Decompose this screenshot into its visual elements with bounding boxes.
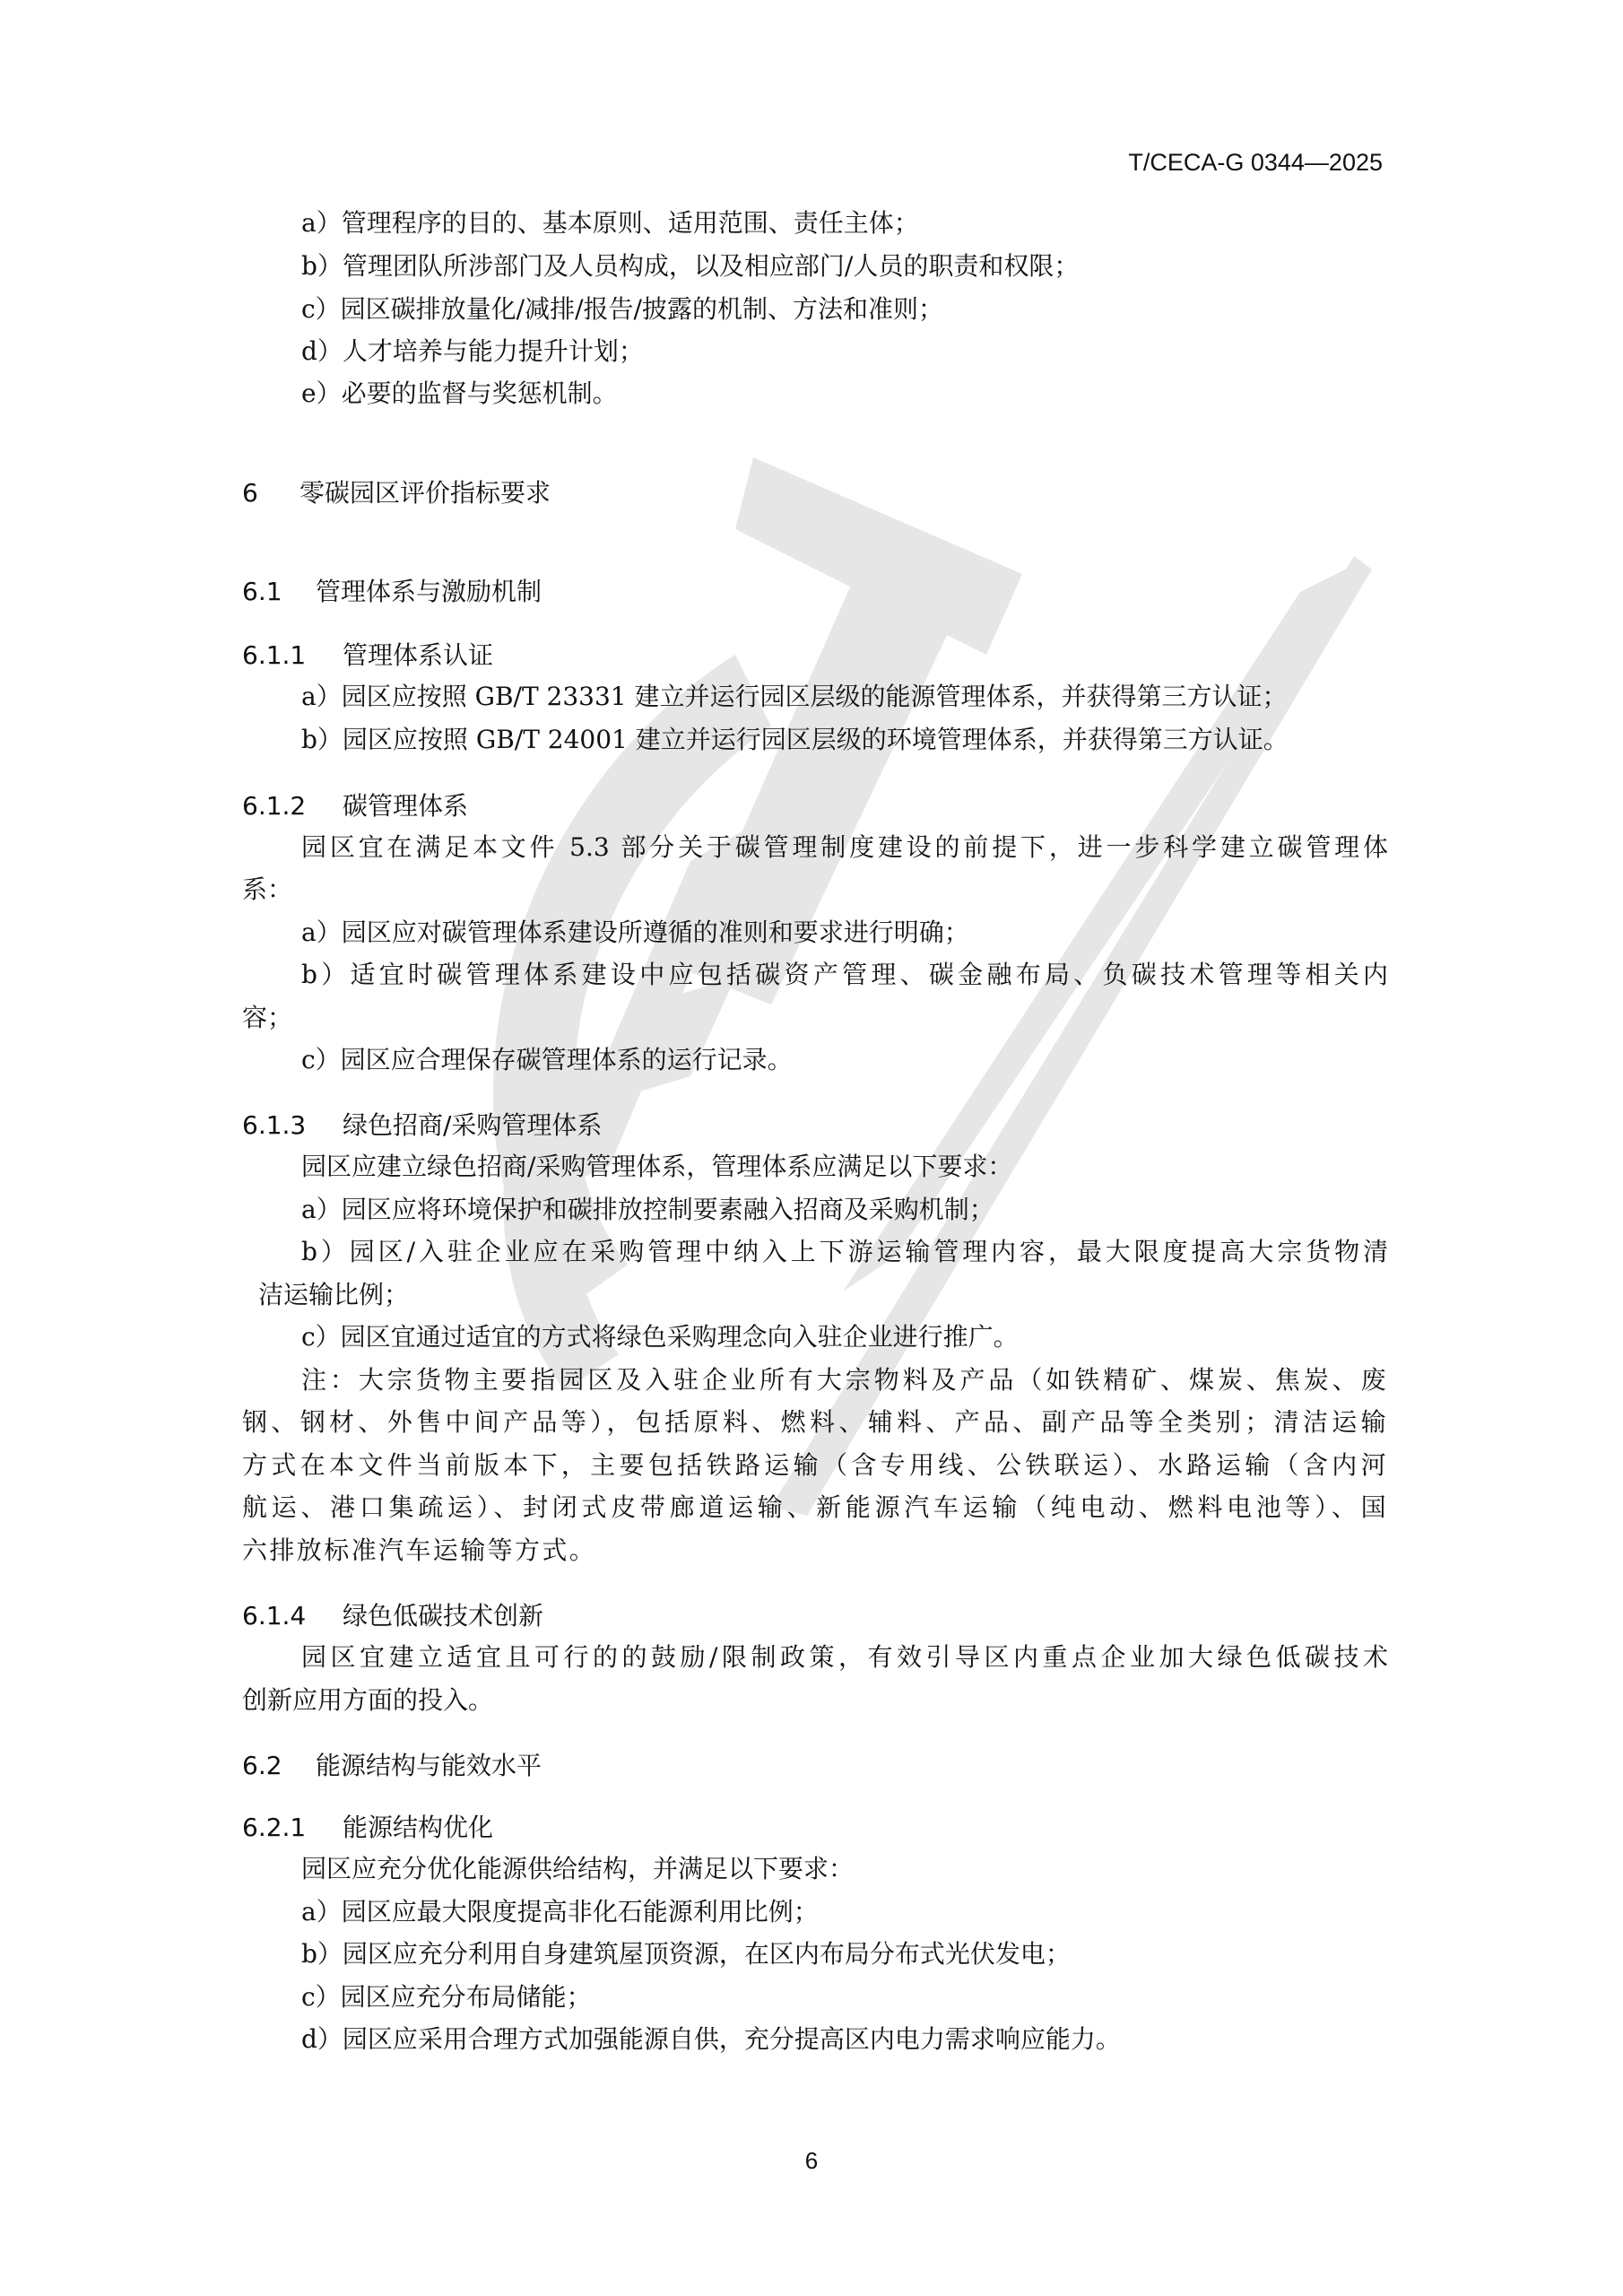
section-heading-6-1-1: 6.1.1管理体系认证 — [242, 640, 493, 671]
section-number: 6.1.3 — [242, 1110, 343, 1141]
section-title: 绿色招商/采购管理体系 — [343, 1110, 602, 1140]
list-item: c）园区宜通过适宜的方式将绿色采购理念向入驻企业进行推广。 — [301, 1322, 1019, 1352]
section-title: 碳管理体系 — [343, 791, 468, 821]
list-item: d）人才培养与能力提升计划； — [301, 336, 644, 367]
paragraph-continuation: 系： — [242, 874, 292, 905]
list-item: b）园区/入驻企业应在采购管理中纳入上下游运输管理内容，最大限度提高大宗货物清 — [301, 1237, 1388, 1267]
section-title: 绿色低碳技术创新 — [343, 1601, 543, 1631]
document-page: T/CECA-G 0344—2025 a）管理程序的目的、基本原则、适用范围、责… — [0, 0, 1623, 2296]
section-heading-6-2-1: 6.2.1能源结构优化 — [242, 1813, 493, 1843]
section-heading-6-1-2: 6.1.2碳管理体系 — [242, 791, 468, 822]
paragraph: 园区宜在满足本文件 5.3 部分关于碳管理制度建设的前提下，进一步科学建立碳管理… — [301, 832, 1388, 863]
section-title: 零碳园区评价指标要求 — [299, 478, 551, 508]
section-heading-6: 6零碳园区评价指标要求 — [242, 478, 551, 509]
list-item: a）园区应将环境保护和碳排放控制要素融入招商及采购机制； — [301, 1195, 994, 1225]
document-code-header: T/CECA-G 0344—2025 — [1128, 149, 1383, 177]
section-title: 管理体系认证 — [343, 640, 493, 670]
paragraph: 园区宜建立适宜且可行的的鼓励/限制政策，有效引导区内重点企业加大绿色低碳技术 — [301, 1642, 1388, 1673]
section-number: 6.1.2 — [242, 791, 343, 822]
section-heading-6-1-4: 6.1.4绿色低碳技术创新 — [242, 1601, 543, 1631]
list-item: b）园区应按照 GB/T 24001 建立并运行园区层级的环境管理体系，并获得第… — [301, 725, 1289, 755]
list-item: a）管理程序的目的、基本原则、适用范围、责任主体； — [301, 208, 919, 239]
note-line: 方式在本文件当前版本下，主要包括铁路运输（含专用线、公铁联运）、水路运输（含内河 — [242, 1450, 1388, 1481]
list-item: d）园区应采用合理方式加强能源自供，充分提高区内电力需求响应能力。 — [301, 2024, 1121, 2055]
section-title: 能源结构与能效水平 — [316, 1751, 542, 1780]
paragraph: 园区应充分优化能源供给结构，并满足以下要求： — [301, 1854, 854, 1884]
section-number: 6.2.1 — [242, 1813, 343, 1843]
section-heading-6-2: 6.2能源结构与能效水平 — [242, 1751, 542, 1781]
section-heading-6-1: 6.1管理体系与激励机制 — [242, 577, 542, 607]
note-line: 注：大宗货物主要指园区及入驻企业所有大宗物料及产品（如铁精矿、煤炭、焦炭、废 — [301, 1365, 1388, 1396]
list-item: c）园区应充分布局储能； — [301, 1982, 592, 2013]
section-heading-6-1-3: 6.1.3绿色招商/采购管理体系 — [242, 1110, 602, 1141]
list-item: b）园区应充分利用自身建筑屋顶资源，在区内布局分布式光伏发电； — [301, 1939, 1071, 1970]
list-item: a）园区应对碳管理体系建设所遵循的准则和要求进行明确； — [301, 918, 969, 948]
list-item: c）园区碳排放量化/减排/报告/披露的机制、方法和准则； — [301, 294, 943, 325]
section-number: 6.1.4 — [242, 1601, 343, 1631]
note-line: 六排放标准汽车运输等方式。 — [242, 1535, 596, 1566]
list-item-continuation: 洁运输比例； — [258, 1280, 409, 1310]
section-number: 6.2 — [242, 1751, 316, 1781]
page-number: 6 — [0, 2147, 1623, 2175]
list-item: b）适宜时碳管理体系建设中应包括碳资产管理、碳金融布局、负碳技术管理等相关内 — [301, 960, 1388, 990]
section-number: 6 — [242, 478, 299, 509]
list-item: a）园区应按照 GB/T 23331 建立并运行园区层级的能源管理体系，并获得第… — [301, 682, 1288, 712]
list-item-continuation: 容； — [242, 1003, 292, 1033]
section-number: 6.1 — [242, 577, 316, 607]
list-item: c）园区应合理保存碳管理体系的运行记录。 — [301, 1045, 793, 1075]
section-title: 能源结构优化 — [343, 1813, 493, 1842]
list-item: e）必要的监督与奖惩机制。 — [301, 378, 618, 409]
section-title: 管理体系与激励机制 — [316, 577, 542, 606]
list-item: b）管理团队所涉部门及人员构成，以及相应部门/人员的职责和权限； — [301, 251, 1079, 282]
note-line: 钢、钢材、外售中间产品等），包括原料、燃料、辅料、产品、副产品等全类别；清洁运输 — [242, 1407, 1388, 1438]
list-item: a）园区应最大限度提高非化石能源利用比例； — [301, 1897, 819, 1927]
section-number: 6.1.1 — [242, 640, 343, 671]
note-line: 航运、港口集疏运）、封闭式皮带廊道运输、新能源汽车运输（纯电动、燃料电池等）、国 — [242, 1492, 1388, 1523]
paragraph: 园区应建立绿色招商/采购管理体系，管理体系应满足以下要求： — [301, 1152, 1012, 1182]
paragraph-continuation: 创新应用方面的投入。 — [242, 1685, 493, 1716]
